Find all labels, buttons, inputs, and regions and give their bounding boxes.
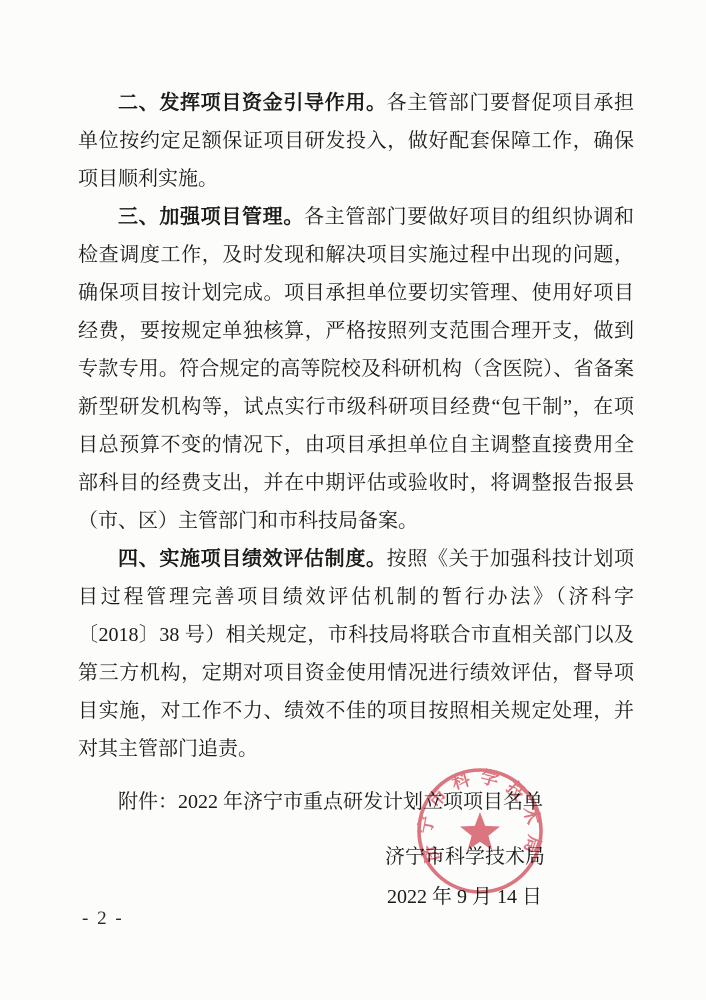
paragraph-4: 四、实施项目绩效评估制度。按照《关于加强科技计划项目过程管理完善项目绩效评估机制… (78, 540, 634, 768)
document-page: 二、发挥项目资金引导作用。各主管部门要督促项目承担单位按约定足额保证项目研发投入… (0, 0, 706, 1000)
paragraph-4-text: 按照《关于加强科技计划项目过程管理完善项目绩效评估机制的暂行办法》（济科字〔20… (78, 548, 634, 760)
paragraph-2: 二、发挥项目资金引导作用。各主管部门要督促项目承担单位按约定足额保证项目研发投入… (78, 84, 634, 198)
page-number: - 2 - (82, 908, 124, 930)
paragraph-3: 三、加强项目管理。各主管部门要做好项目的组织协调和检查调度工作，及时发现和解决项… (78, 198, 634, 540)
attachment-line: 附件：2022 年济宁市重点研发计划立项项目名单 (78, 783, 634, 821)
signature-block: 济宁市科学技术局 2022 年 9 月 14 日 (78, 837, 634, 917)
paragraph-2-heading: 二、发挥项目资金引导作用。 (118, 92, 387, 114)
paragraph-3-text: 各主管部门要做好项目的组织协调和检查调度工作，及时发现和解决项目实施过程中出现的… (78, 206, 634, 532)
signature-date: 2022 年 9 月 14 日 (78, 877, 634, 917)
document-body: 二、发挥项目资金引导作用。各主管部门要督促项目承担单位按约定足额保证项目研发投入… (78, 84, 634, 917)
paragraph-3-heading: 三、加强项目管理。 (118, 206, 304, 228)
signature-issuer: 济宁市科学技术局 (78, 837, 634, 877)
paragraph-4-heading: 四、实施项目绩效评估制度。 (118, 548, 387, 570)
